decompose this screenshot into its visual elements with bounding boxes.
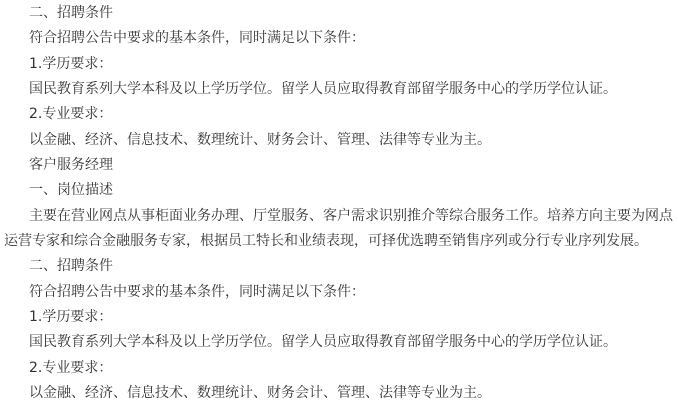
subheading: 1.学历要求： [0, 307, 112, 327]
paragraph: 国民教育系列大学本科及以上学历学位。留学人员应取得教育部留学服务中心的学历学位认… [0, 332, 617, 352]
subheading: 2.专业要求： [0, 358, 112, 378]
paragraph: 国民教育系列大学本科及以上学历学位。留学人员应取得教育部留学服务中心的学历学位认… [0, 79, 617, 99]
paragraph-continuation: 运营专家和综合金融服务专家，根据员工特长和业绩表现，可择优选聘至销售序列或分行专… [0, 231, 648, 251]
section-heading: 二、招聘条件 [0, 3, 113, 23]
section-heading: 一、岗位描述 [0, 180, 113, 200]
paragraph: 符合招聘公告中要求的基本条件，同时满足以下条件： [0, 28, 365, 48]
paragraph: 主要在营业网点从事柜面业务办理、厅堂服务、客户需求识别推介等综合服务工作。培养方… [0, 206, 673, 226]
section-heading: 二、招聘条件 [0, 256, 113, 276]
paragraph: 以金融、经济、信息技术、数理统计、财务会计、管理、法律等专业为主。 [0, 130, 491, 150]
subheading: 2.专业要求： [0, 104, 112, 124]
subheading: 1.学历要求： [0, 54, 112, 74]
job-title: 客户服务经理 [0, 155, 113, 175]
document-body: 二、招聘条件 符合招聘公告中要求的基本条件，同时满足以下条件： 1.学历要求： … [0, 0, 678, 408]
paragraph: 以金融、经济、信息技术、数理统计、财务会计、管理、法律等专业为主。 [0, 383, 491, 403]
paragraph: 符合招聘公告中要求的基本条件，同时满足以下条件： [0, 282, 365, 302]
